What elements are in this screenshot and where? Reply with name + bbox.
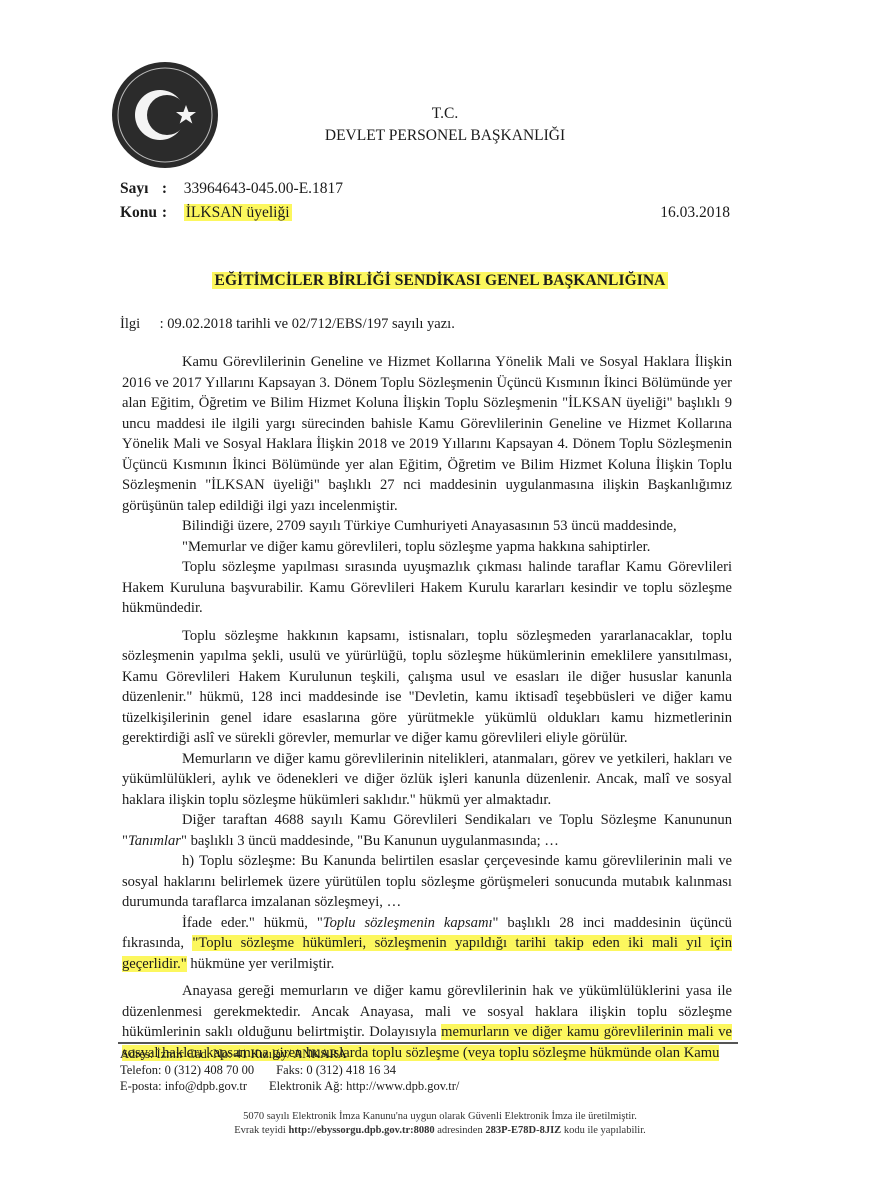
footer-divider — [118, 1042, 738, 1044]
ilgi-row: İlgi : 09.02.2018 tarihli ve 02/712/EBS/… — [120, 316, 455, 333]
institution-header: T.C. DEVLET PERSONEL BAŞKANLIĞI — [300, 103, 590, 147]
paragraph: Toplu sözleşme hakkının kapsamı, istisna… — [122, 626, 732, 749]
konu-row: Konu : İLKSAN üyeliği — [120, 204, 292, 222]
verification-code: 283P-E78D-8JIZ — [485, 1125, 561, 1136]
document-date: 16.03.2018 — [660, 204, 730, 222]
italic-run: Tanımlar — [128, 833, 181, 849]
text-run: kodu ile yapılabilir. — [561, 1125, 646, 1136]
addressee-text: EĞİTİMCİLER BİRLİĞİ SENDİKASI GENEL BAŞK… — [212, 272, 669, 289]
contact-footer: Adres: İzmir Cad. No: 41 Kızılay/ ANKARA… — [120, 1046, 459, 1094]
text-run: hükmüne yer verilmiştir. — [187, 956, 335, 972]
paragraph: İfade eder." hükmü, "Toplu sözleşmenin k… — [122, 913, 732, 975]
konu-label: Konu — [120, 204, 158, 222]
italic-run: Toplu sözleşmenin kapsamı — [323, 915, 493, 931]
footer-email: E-posta: info@dpb.gov.tr — [120, 1079, 247, 1093]
footer-phone: Telefon: 0 (312) 408 70 00 — [120, 1063, 254, 1077]
paragraph: Toplu sözleşme yapılması sırasında uyuşm… — [122, 557, 732, 619]
addressee: EĞİTİMCİLER BİRLİĞİ SENDİKASI GENEL BAŞK… — [0, 272, 880, 290]
footer-fax: Faks: 0 (312) 418 16 34 — [276, 1063, 396, 1077]
text-run: Evrak teyidi — [234, 1125, 288, 1136]
paragraph: Diğer taraftan 4688 sayılı Kamu Görevlil… — [122, 810, 732, 851]
verification-url: http://ebyssorgu.dpb.gov.tr:8080 — [288, 1125, 434, 1136]
letter-body: Kamu Görevlilerinin Geneline ve Hizmet K… — [122, 352, 732, 1063]
text-run: " başlıklı 3 üncü maddesinde, "Bu Kanunu… — [181, 833, 559, 849]
footer-address: Adres: İzmir Cad. No: 41 Kızılay/ ANKARA — [120, 1047, 347, 1061]
text-run: İfade eder." hükmü, " — [182, 915, 323, 931]
verification-line: Evrak teyidi http://ebyssorgu.dpb.gov.tr… — [0, 1124, 880, 1138]
konu-colon: : — [162, 204, 180, 222]
document-page: T.C. DEVLET PERSONEL BAŞKANLIĞI Sayı : 3… — [0, 0, 880, 1200]
footer-web: Elektronik Ağ: http://www.dpb.gov.tr/ — [269, 1079, 459, 1093]
paragraph: Memurların ve diğer kamu görevlilerinin … — [122, 749, 732, 811]
konu-value: İLKSAN üyeliği — [184, 204, 292, 221]
crescent-star-seal-icon — [110, 60, 220, 170]
paragraph: "Memurlar ve diğer kamu görevlileri, top… — [122, 537, 732, 558]
sayi-row: Sayı : 33964643-045.00-E.1817 — [120, 180, 343, 198]
sayi-value: 33964643-045.00-E.1817 — [184, 180, 343, 197]
tc-label: T.C. — [300, 103, 590, 125]
institution-name: DEVLET PERSONEL BAŞKANLIĞI — [325, 127, 565, 144]
ilgi-label: İlgi — [120, 316, 156, 333]
sayi-label: Sayı — [120, 180, 158, 198]
esignature-note: 5070 sayılı Elektronik İmza Kanunu'na uy… — [0, 1110, 880, 1138]
sayi-colon: : — [162, 180, 180, 198]
paragraph: h) Toplu sözleşme: Bu Kanunda belirtilen… — [122, 851, 732, 913]
text-run: adresinden — [435, 1125, 486, 1136]
esign-statement: 5070 sayılı Elektronik İmza Kanunu'na uy… — [0, 1110, 880, 1124]
paragraph: Kamu Görevlilerinin Geneline ve Hizmet K… — [122, 352, 732, 516]
ilgi-value: : 09.02.2018 tarihli ve 02/712/EBS/197 s… — [160, 316, 455, 332]
paragraph: Bilindiği üzere, 2709 sayılı Türkiye Cum… — [122, 516, 732, 537]
